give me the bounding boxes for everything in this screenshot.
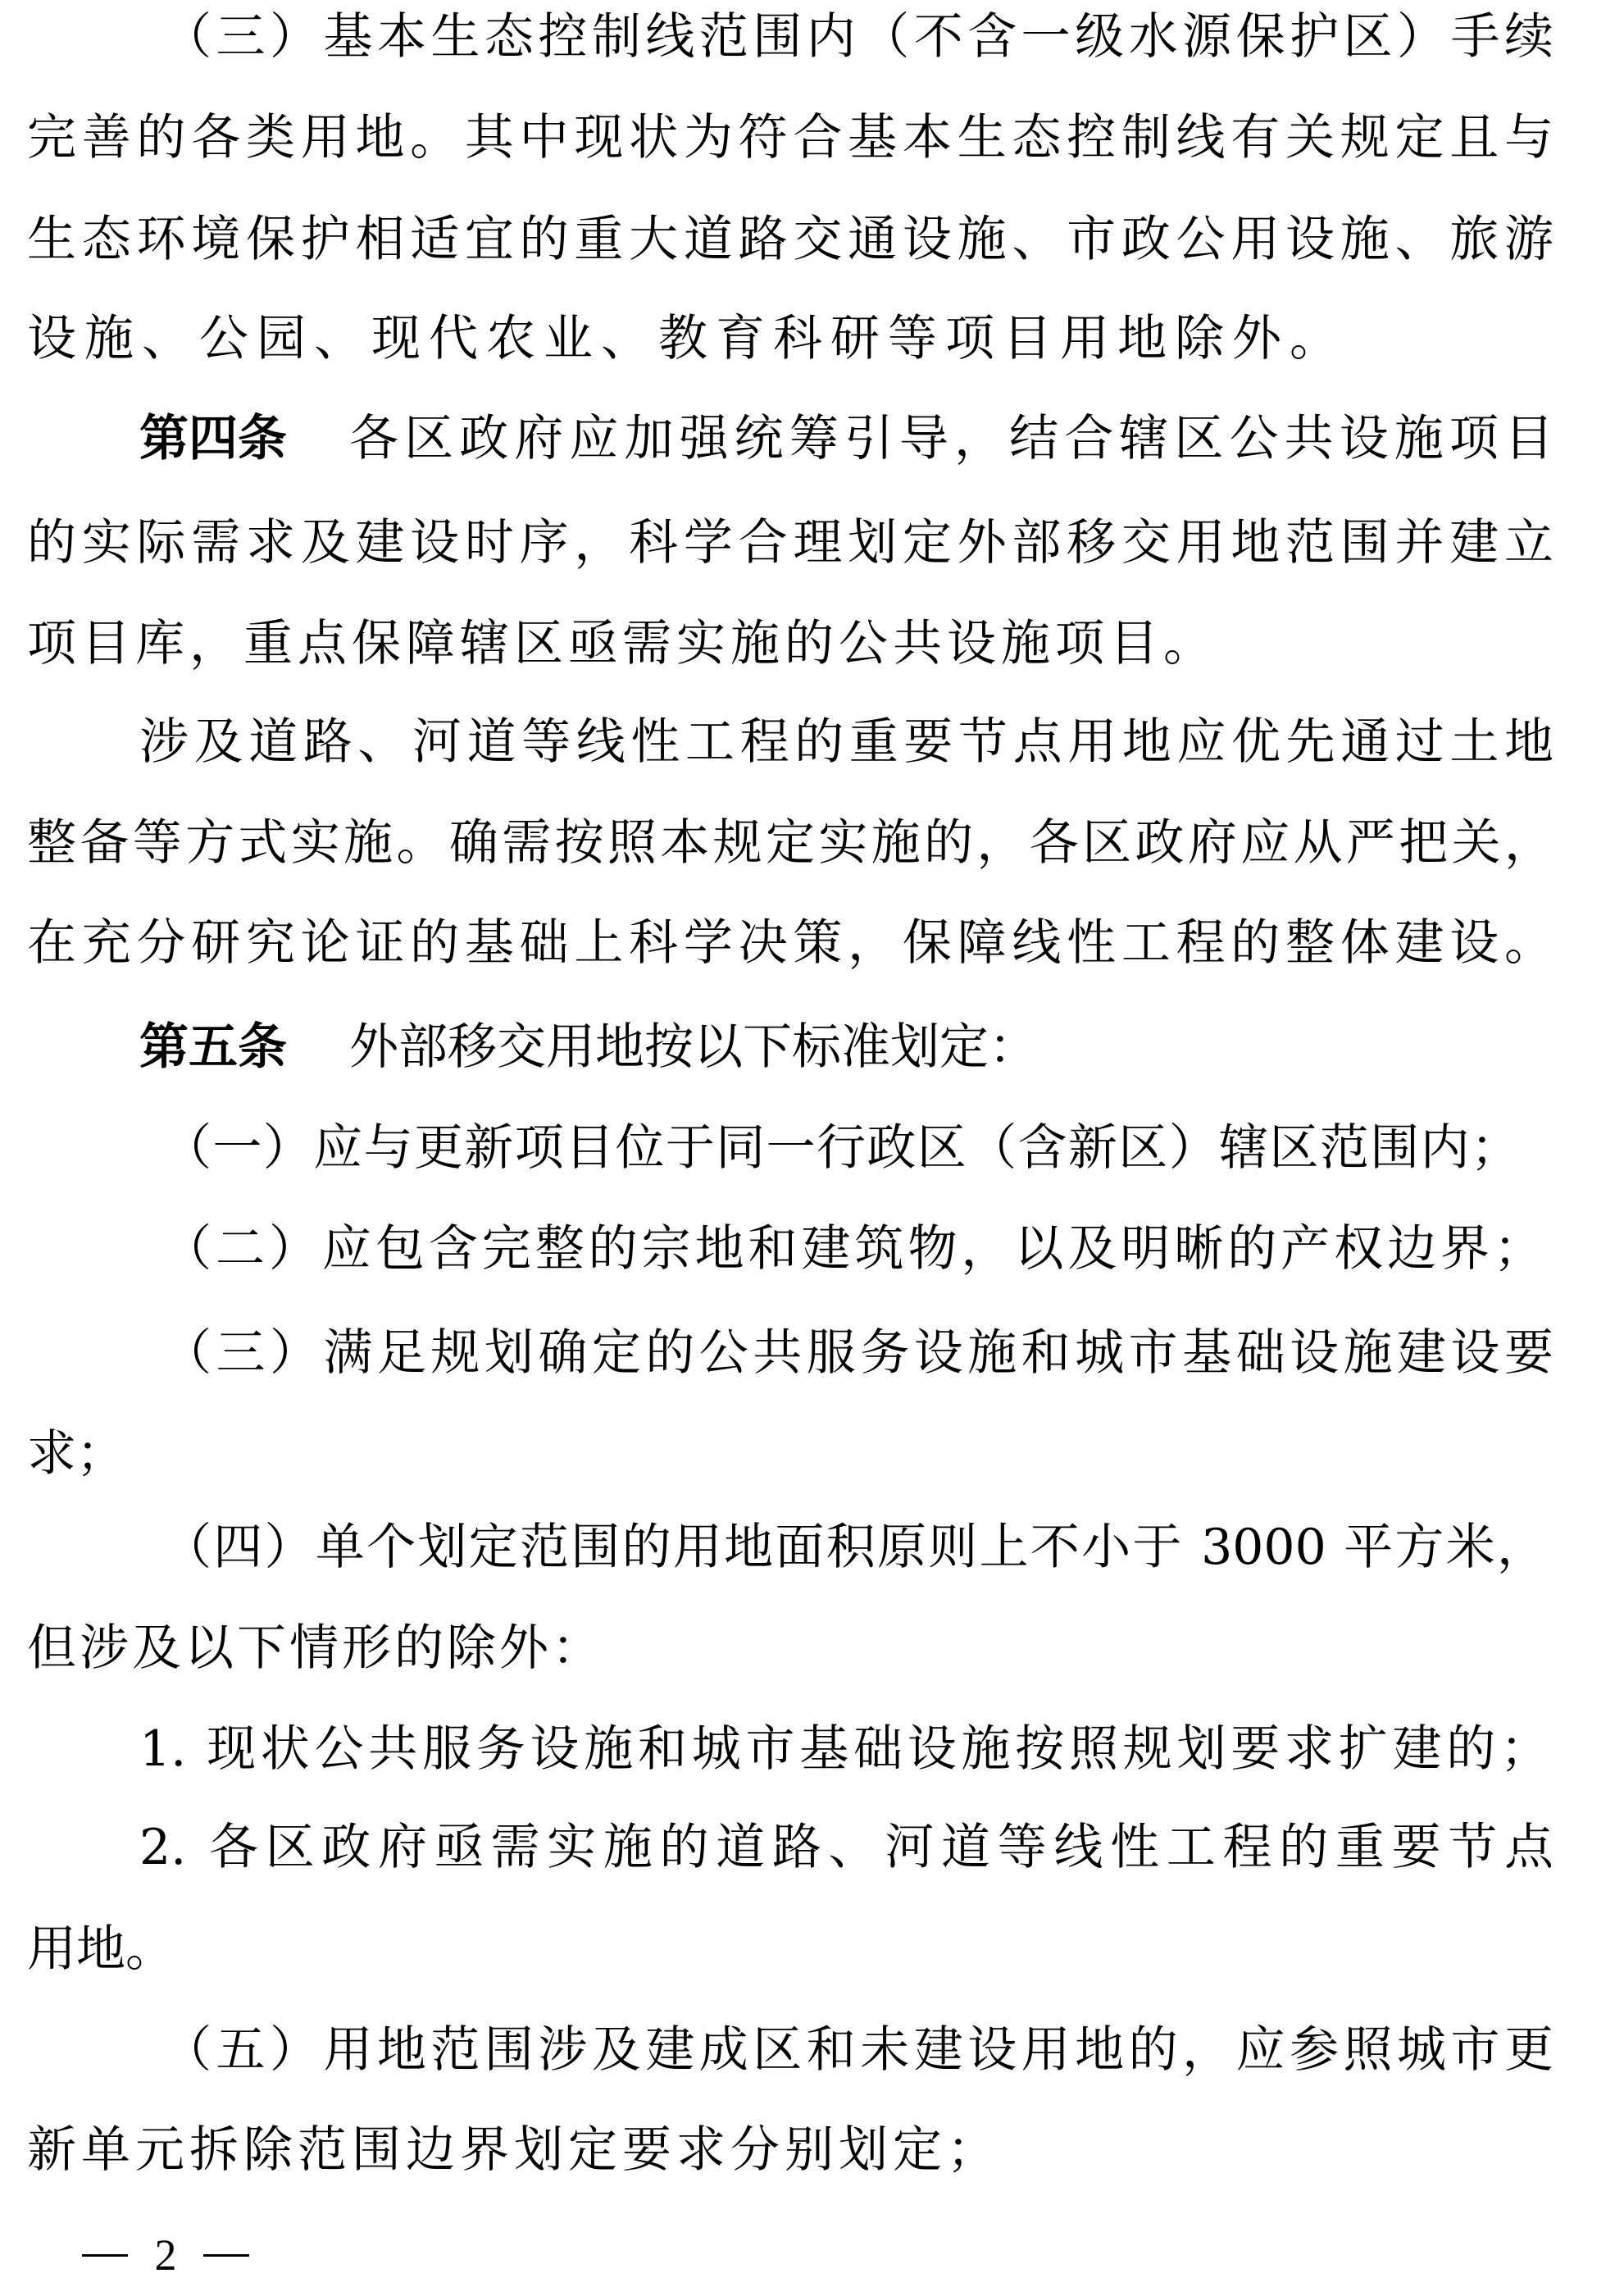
clause-3-line-4: 设施、公园、现代农业、教育科研等项目用地除外。 [27, 306, 1347, 371]
clause-3-line-1: （三）满足规划确定的公共服务设施和城市基础设施建设要 [162, 1320, 1553, 1386]
article-5-text: 外部移交用地按以下标准划定： [349, 1014, 1038, 1080]
clause-4-line-2: 但涉及以下情形的除外： [27, 1615, 604, 1681]
article-4-line-2: 的实际需求及建设时序，科学合理划定外部移交用地范围并建立 [27, 510, 1553, 576]
left-dash [82, 2254, 128, 2257]
article-4-line-1: 第四条 各区政府应加强统筹引导，结合辖区公共设施项目 [139, 406, 1553, 472]
clause-3-line-2: 求； [27, 1421, 125, 1487]
clause-5-line-2: 新单元拆除范围边界划定要求分别划定； [27, 2117, 1001, 2183]
heading-gap [287, 406, 349, 472]
clause-3-line-3: 生态环境保护相适宜的重大道路交通设施、市政公用设施、旅游 [27, 207, 1553, 272]
right-dash [203, 2254, 249, 2257]
heading-gap [287, 1014, 349, 1080]
article-4-para-2-line-1: 涉及道路、河道等线性工程的重要节点用地应优先通过土地 [139, 709, 1553, 775]
sub-item-2-line-1: 2. 各区政府亟需实施的道路、河道等线性工程的重要节点 [139, 1815, 1553, 1880]
document-page: （三）基本生态控制线范围内（不含一级水源保护区）手续 完善的各类用地。其中现状为… [0, 0, 1624, 2287]
clause-4-line-1: （四）单个划定范围的用地面积原则上不小于 3000 平方米， [162, 1515, 1546, 1580]
page-number-footer: 2 [82, 2232, 249, 2278]
clause-3-line-1: （三）基本生态控制线范围内（不含一级水源保护区）手续 [162, 4, 1553, 70]
clause-1: （一）应与更新项目位于同一行政区（含新区）辖区范围内； [162, 1115, 1520, 1181]
page-number: 2 [155, 2232, 177, 2278]
clause-3-line-2: 完善的各类用地。其中现状为符合基本生态控制线有关规定且与 [27, 105, 1553, 171]
clause-5-line-1: （五）用地范围涉及建成区和未建设用地的，应参照城市更 [162, 2017, 1553, 2083]
article-4-text: 各区政府应加强统筹引导，结合辖区公共设施项目 [349, 406, 1553, 472]
article-5-heading: 第五条 [139, 1014, 287, 1080]
sub-item-1: 1. 现状公共服务设施和城市基础设施按照规划要求扩建的； [139, 1716, 1549, 1782]
article-4-heading: 第四条 [139, 406, 287, 472]
article-4-para-2-line-3: 在充分研究论证的基础上科学决策，保障线性工程的整体建设。 [27, 910, 1553, 976]
sub-item-2-line-2: 用地。 [27, 1916, 175, 1982]
article-4-line-3: 项目库，重点保障辖区亟需实施的公共设施项目。 [27, 611, 1217, 677]
article-4-para-2-line-2: 整备等方式实施。确需按照本规定实施的，各区政府应从严把关， [27, 810, 1553, 876]
article-5-line-1: 第五条 外部移交用地按以下标准划定： [139, 1014, 1038, 1080]
clause-2: （二）应包含完整的宗地和建筑物，以及明晰的产权边界； [162, 1216, 1543, 1282]
